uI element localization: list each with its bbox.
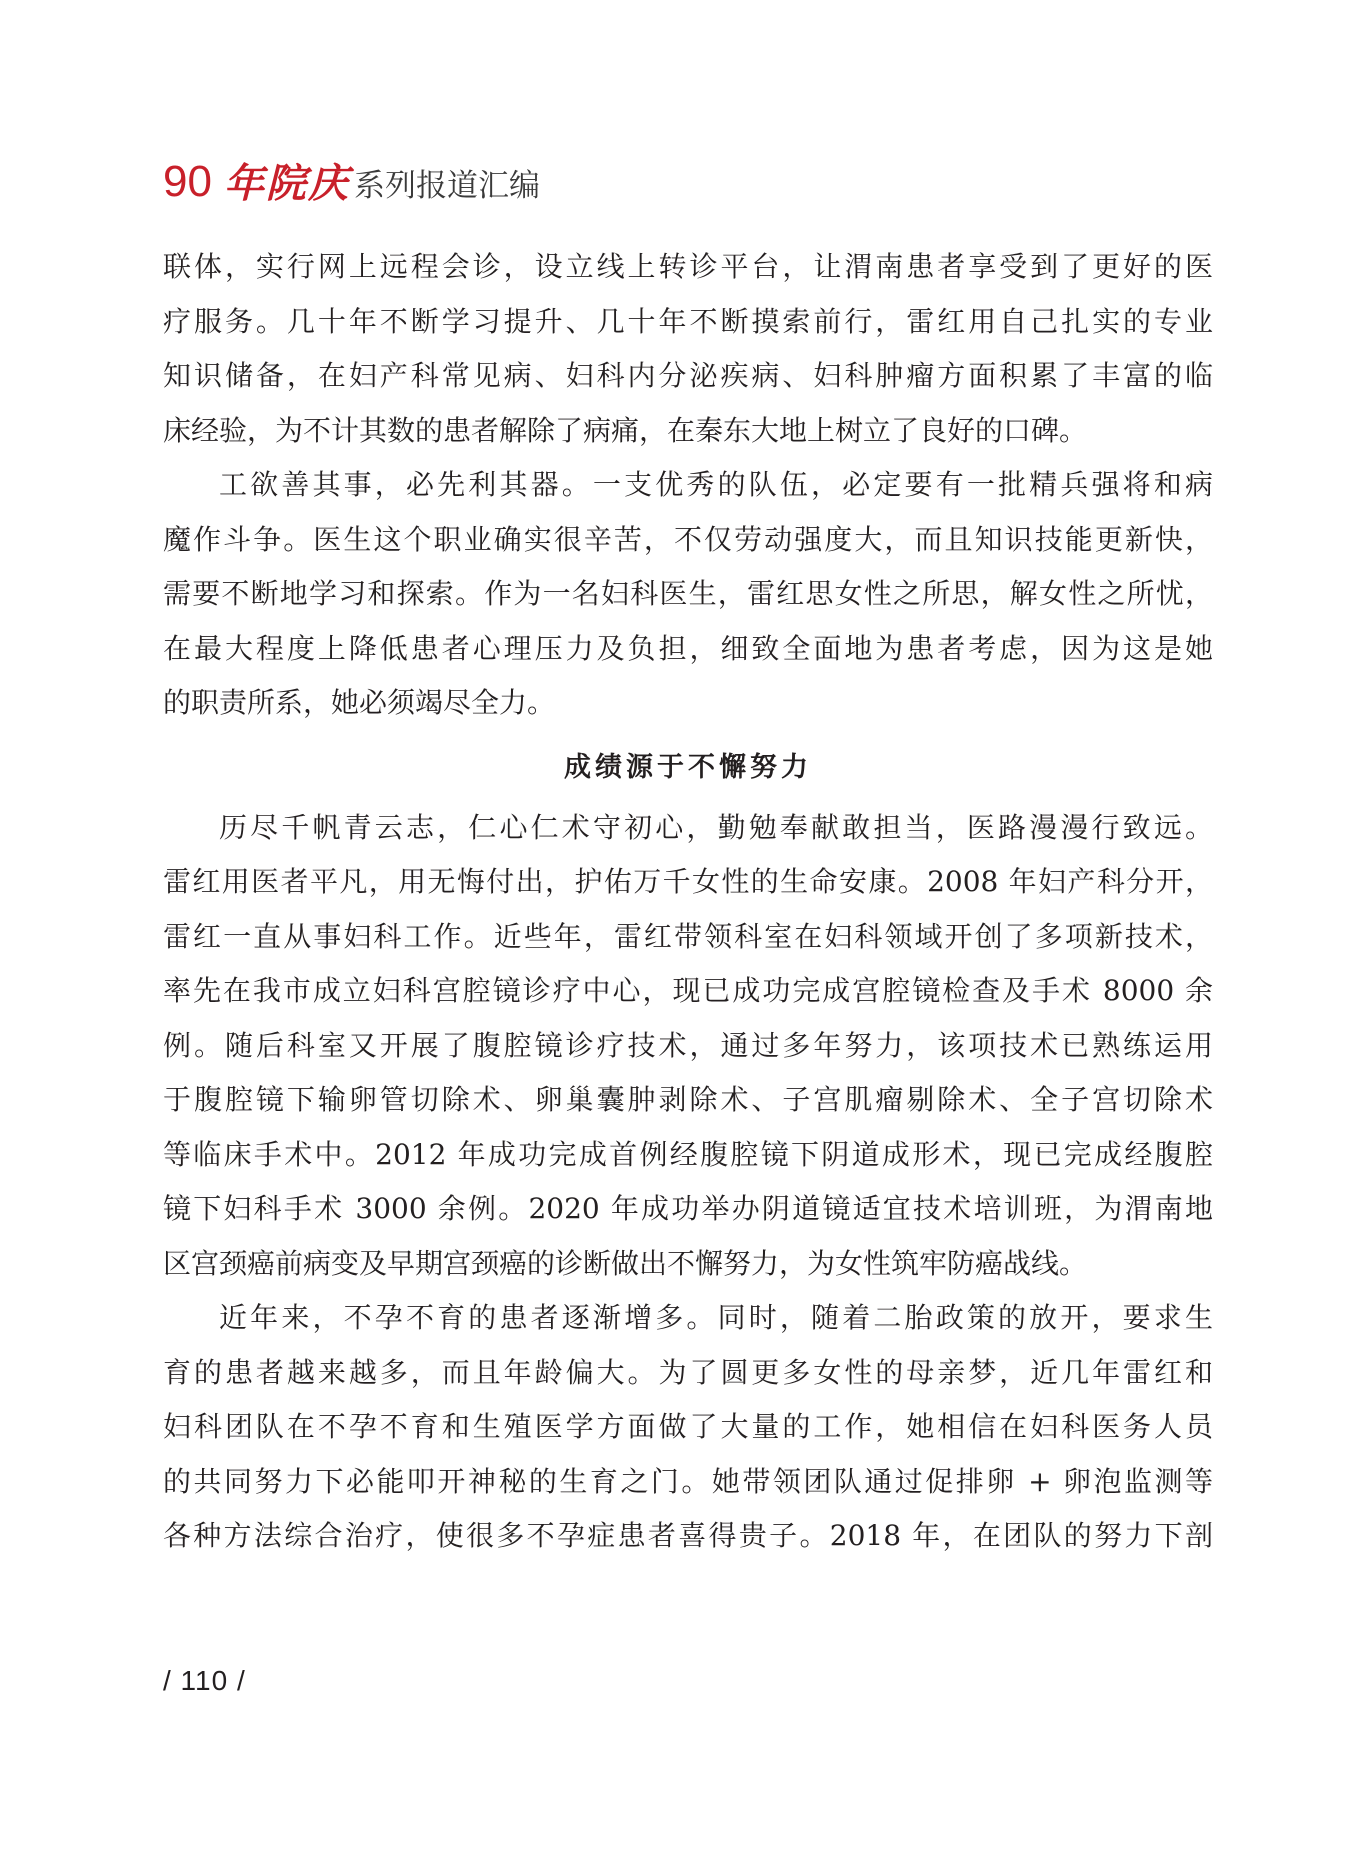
paragraph: 工欲善其事，必先利其器。一支优秀的队伍，必定要有一批精兵强将和病 魔作斗争。医生…: [163, 458, 1213, 731]
header-series-title: 系列报道汇编: [354, 171, 540, 204]
paragraph: 历尽千帆青云志，仁心仁术守初心，勤勉奉献敢担当，医路漫漫行致远。 雷红用医者平凡…: [163, 801, 1213, 1292]
paragraph: 联体，实行网上远程会诊，设立线上转诊平台，让渭南患者享受到了更好的医 疗服务。几…: [163, 240, 1213, 458]
text-line: 工欲善其事，必先利其器。一支优秀的队伍，必定要有一批精兵强将和病: [163, 458, 1213, 513]
text-line: 率先在我市成立妇科宫腔镜诊疗中心，现已成功完成宫腔镜检查及手术 8000 余: [163, 964, 1213, 1019]
text-line: 联体，实行网上远程会诊，设立线上转诊平台，让渭南患者享受到了更好的医: [163, 240, 1213, 295]
text-line: 镜下妇科手术 3000 余例。2020 年成功举办阴道镜适宜技术培训班，为渭南地: [163, 1182, 1213, 1237]
text-line: 魔作斗争。医生这个职业确实很辛苦，不仅劳动强度大，而且知识技能更新快，: [163, 513, 1213, 568]
text-line: 例。随后科室又开展了腹腔镜诊疗技术，通过多年努力，该项技术已熟练运用: [163, 1019, 1213, 1074]
text-line: 疗服务。几十年不断学习提升、几十年不断摸索前行，雷红用自己扎实的专业: [163, 295, 1213, 350]
text-line: 的职责所系，她必须竭尽全力。: [163, 676, 1213, 731]
text-line: 各种方法综合治疗，使很多不孕症患者喜得贵子。2018 年，在团队的努力下剖: [163, 1509, 1213, 1564]
text-line: 历尽千帆青云志，仁心仁术守初心，勤勉奉献敢担当，医路漫漫行致远。: [163, 801, 1213, 856]
text-line: 的共同努力下必能叩开神秘的生育之门。她带领团队通过促排卵 + 卵泡监测等: [163, 1455, 1213, 1510]
text-line: 等临床手术中。2012 年成功完成首例经腹腔镜下阴道成形术，现已完成经腹腔: [163, 1128, 1213, 1183]
header-brand-title: 年院庆: [224, 164, 350, 204]
running-header: 90 年院庆 系列报道汇编: [163, 148, 540, 204]
text-line: 育的患者越来越多，而且年龄偏大。为了圆更多女性的母亲梦，近几年雷红和: [163, 1346, 1213, 1401]
header-anniversary-number: 90: [163, 160, 212, 204]
text-line: 雷红用医者平凡，用无悔付出，护佑万千女性的生命安康。2008 年妇产科分开，: [163, 855, 1213, 910]
paragraph: 近年来，不孕不育的患者逐渐增多。同时，随着二胎政策的放开，要求生 育的患者越来越…: [163, 1291, 1213, 1564]
text-line: 于腹腔镜下输卵管切除术、卵巢囊肿剥除术、子宫肌瘤剔除术、全子宫切除术: [163, 1073, 1213, 1128]
text-line: 床经验，为不计其数的患者解除了病痛，在秦东大地上树立了良好的口碑。: [163, 404, 1213, 459]
text-line: 雷红一直从事妇科工作。近些年，雷红带领科室在妇科领域开创了多项新技术，: [163, 910, 1213, 965]
section-subheading: 成绩源于不懈努力: [163, 737, 1213, 799]
text-line: 妇科团队在不孕不育和生殖医学方面做了大量的工作，她相信在妇科医务人员: [163, 1400, 1213, 1455]
text-line: 区宫颈癌前病变及早期宫颈癌的诊断做出不懈努力，为女性筑牢防癌战线。: [163, 1237, 1213, 1292]
text-line: 在最大程度上降低患者心理压力及负担，细致全面地为患者考虑，因为这是她: [163, 622, 1213, 677]
text-line: 知识储备，在妇产科常见病、妇科内分泌疾病、妇科肿瘤方面积累了丰富的临: [163, 349, 1213, 404]
page-number: / 110 /: [163, 1665, 246, 1697]
text-line: 需要不断地学习和探索。作为一名妇科医生，雷红思女性之所思，解女性之所忧，: [163, 567, 1213, 622]
text-line: 近年来，不孕不育的患者逐渐增多。同时，随着二胎政策的放开，要求生: [163, 1291, 1213, 1346]
article-body: 联体，实行网上远程会诊，设立线上转诊平台，让渭南患者享受到了更好的医 疗服务。几…: [163, 240, 1213, 1564]
